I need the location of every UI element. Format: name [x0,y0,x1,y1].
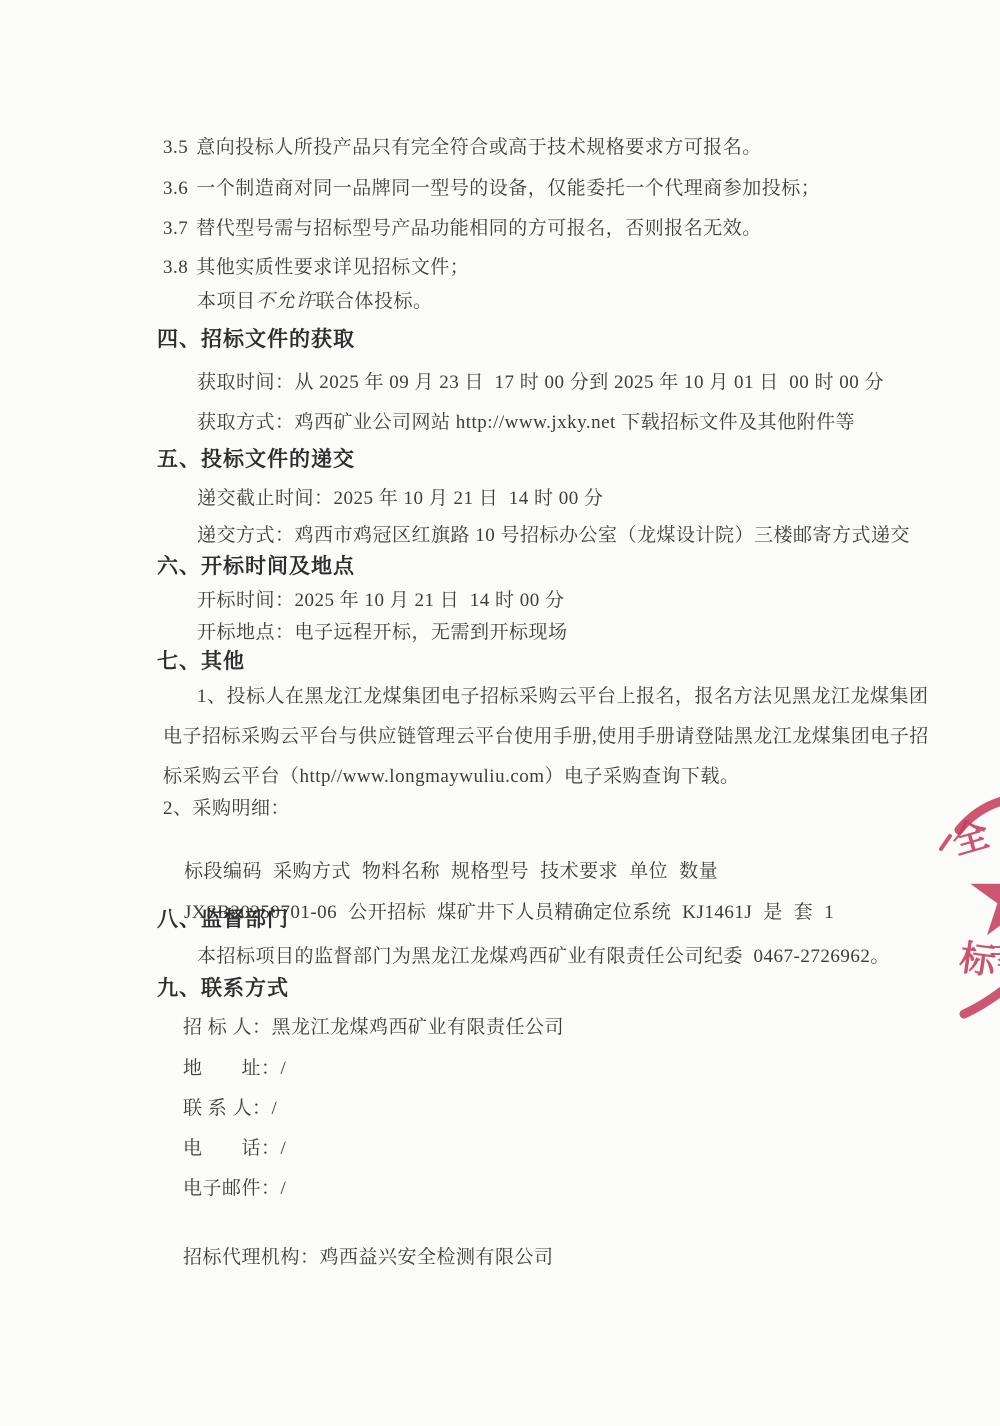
submit-method-line: 递交方式：鸡西市鸡冠区红旗路 10 号招标办公室（龙煤设计院）三楼邮寄方式递交 [197,525,910,547]
clause-3-8: 3.8其他实质性要求详见招标文件； [163,257,469,279]
clause-3-6: 3.6一个制造商对同一品牌同一型号的设备，仅能委托一个代理商参加投标； [163,178,820,200]
platform-para-line3: 标采购云平台（http//www.longmaywuliu.com）电子采购查询… [163,766,740,788]
contact-person: 联 系 人：/ [183,1098,277,1120]
agency-value: 鸡西益兴安全检测有限公司 [320,1247,554,1268]
cell-model: KJ1461J [682,902,752,924]
contact-value: 黑龙江龙煤鸡西矿业有限责任公司 [272,1017,565,1038]
supervision-body-line: 本招标项目的监督部门为黑龙江龙煤鸡西矿业有限责任公司纪委 0467-272696… [197,946,890,968]
contact-value: / [281,1138,287,1159]
agency-line: 招标代理机构：鸡西益兴安全检测有限公司 [183,1247,554,1269]
stamp-char-partial: 专 [990,940,1000,978]
stamp-star [970,852,1000,935]
contact-phone: 电 话：/ [183,1138,286,1160]
contact-label: 地 址： [183,1058,281,1080]
section7-heading: 七、其他 [157,651,245,673]
section8-heading: 八、监督部门 [157,909,289,931]
contact-email: 电子邮件：/ [183,1178,286,1200]
cell-unit: 套 [794,902,814,924]
joint-note-prefix: 本项目 [197,291,256,312]
clause-number: 3.5 [163,137,188,158]
obtain-time-line: 获取时间：从 2025 年 09 月 23 日 17 时 00 分到 2025 … [197,372,884,394]
clause-3-5: 3.5意向投标人所投产品只有完全符合或高于技术规格要求方可报名。 [163,137,762,159]
contact-address: 地 址：/ [183,1058,286,1080]
cell-material: 煤矿井下人员精确定位系统 [437,902,671,924]
clause-text: 替代型号需与招标型号产品功能相同的方可报名，否则报名无效。 [196,218,762,239]
section9-heading: 九、联系方式 [157,978,289,1000]
contact-value: / [272,1098,278,1119]
section5-heading: 五、投标文件的递交 [157,449,355,471]
joint-bid-note: 本项目不允许联合体投标。 [197,291,433,313]
contact-label: 联 系 人： [183,1098,272,1120]
clause-number: 3.8 [163,257,188,278]
contact-value: / [281,1058,287,1079]
stamp-char-top: 全 [948,814,994,862]
clause-text: 其他实质性要求详见招标文件； [196,257,469,278]
submit-deadline-line: 递交截止时间：2025 年 10 月 21 日 14 时 00 分 [197,488,604,510]
clause-text: 意向投标人所投产品只有完全符合或高于技术规格要求方可报名。 [196,137,762,158]
contact-tenderer: 招 标 人：黑龙江龙煤鸡西矿业有限责任公司 [183,1017,564,1039]
joint-note-suffix: 联合体投标。 [316,291,433,312]
clause-number: 3.6 [163,178,188,199]
open-place-line: 开标地点：电子远程开标，无需到开标现场 [197,622,568,644]
procurement-detail-label: 2、采购明细： [163,798,290,820]
platform-para-line1: 1、投标人在黑龙江龙煤集团电子招标采购云平台上报名，报名方法见黑龙江龙煤集团 [197,686,929,708]
platform-para-line2: 电子招标采购云平台与供应链管理云平台使用手册,使用手册请登陆黑龙江龙煤集团电子招 [163,726,929,748]
clause-3-7: 3.7替代型号需与招标型号产品功能相同的方可报名，否则报名无效。 [163,218,762,240]
stamp-bottom-arc [964,991,1000,1014]
stamp-partial-stroke [941,836,950,849]
contact-value: / [281,1178,287,1199]
section4-heading: 四、招标文件的获取 [157,329,355,351]
cell-method: 公开招标 [348,902,426,924]
open-time-line: 开标时间：2025 年 10 月 21 日 14 时 00 分 [197,590,565,612]
cell-tech-req: 是 [763,902,783,924]
contact-label: 招 标 人： [183,1017,272,1039]
agency-label: 招标代理机构： [183,1247,320,1268]
contact-label: 电子邮件： [183,1178,281,1200]
clause-text: 一个制造商对同一品牌同一型号的设备，仅能委托一个代理商参加投标； [196,178,820,199]
section6-heading: 六、开标时间及地点 [157,556,355,578]
contact-label: 电 话： [183,1138,281,1160]
obtain-method-line: 获取方式：鸡西矿业公司网站 http://www.jxky.net 下载招标文件… [197,412,855,434]
clause-number: 3.7 [163,218,188,239]
red-seal-stamp-icon: 全 标 专 [928,786,1000,1022]
joint-note-emphasis: 不允许 [256,291,316,312]
tender-notice-page: 3.5意向投标人所投产品只有完全符合或高于技术规格要求方可报名。 3.6一个制造… [0,0,1000,1426]
cell-quantity: 1 [824,902,834,924]
